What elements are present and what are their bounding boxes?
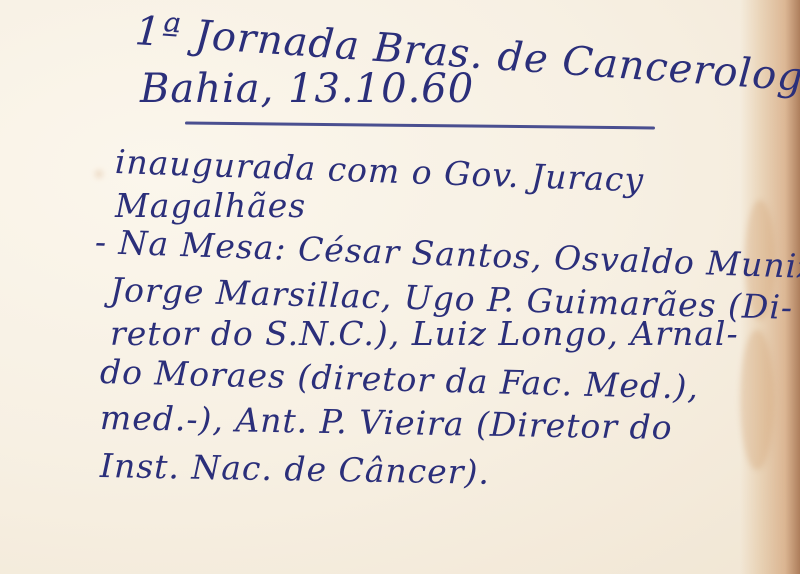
underline-rule	[185, 122, 655, 130]
body-line-7: med.-), Ant. P. Vieira (Diretor do	[100, 398, 673, 447]
body-line-2: Magalhães	[115, 186, 306, 225]
body-line-6: do Moraes (diretor da Fac. Med.),	[99, 352, 699, 407]
paper-stain	[95, 170, 103, 178]
heading-line-2: Bahia, 13.10.60	[140, 66, 474, 112]
body-line-5: retor do S.N.C.), Luiz Longo, Arnal-	[110, 314, 739, 353]
paper-stain	[740, 330, 774, 470]
body-line-8: Inst. Nac. de Câncer).	[100, 446, 491, 492]
handwritten-note-page: 1ª Jornada Bras. de Cancerologia Bahia, …	[0, 0, 800, 574]
